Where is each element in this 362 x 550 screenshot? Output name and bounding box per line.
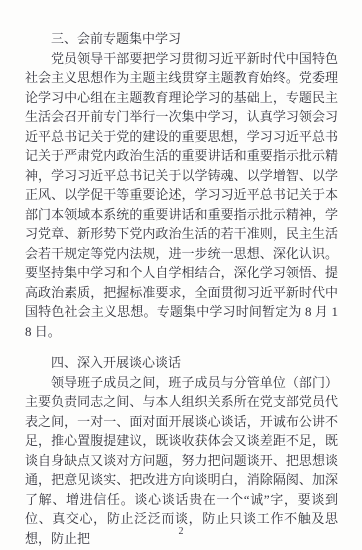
section-4-paragraph: 领导班子成员之间，班子成员与分管单位（部门）主要负责同志之间、与本人组织关系所在…	[25, 373, 338, 549]
document-page: 三、会前专题集中学习 党员领导干部要把学习贯彻习近平新时代中国特色社会主义思想作…	[0, 0, 362, 550]
document-body: 三、会前专题集中学习 党员领导干部要把学习贯彻习近平新时代中国特色社会主义思想作…	[25, 29, 338, 548]
section-heading-4: 四、深入开展谈心谈话	[25, 353, 338, 373]
page-number: 2	[0, 526, 362, 537]
section-3-paragraph: 党员领导干部要把学习贯彻习近平新时代中国特色社会主义思想作为主题主线贯穿主题教育…	[25, 49, 338, 342]
section-heading-3: 三、会前专题集中学习	[25, 29, 338, 49]
